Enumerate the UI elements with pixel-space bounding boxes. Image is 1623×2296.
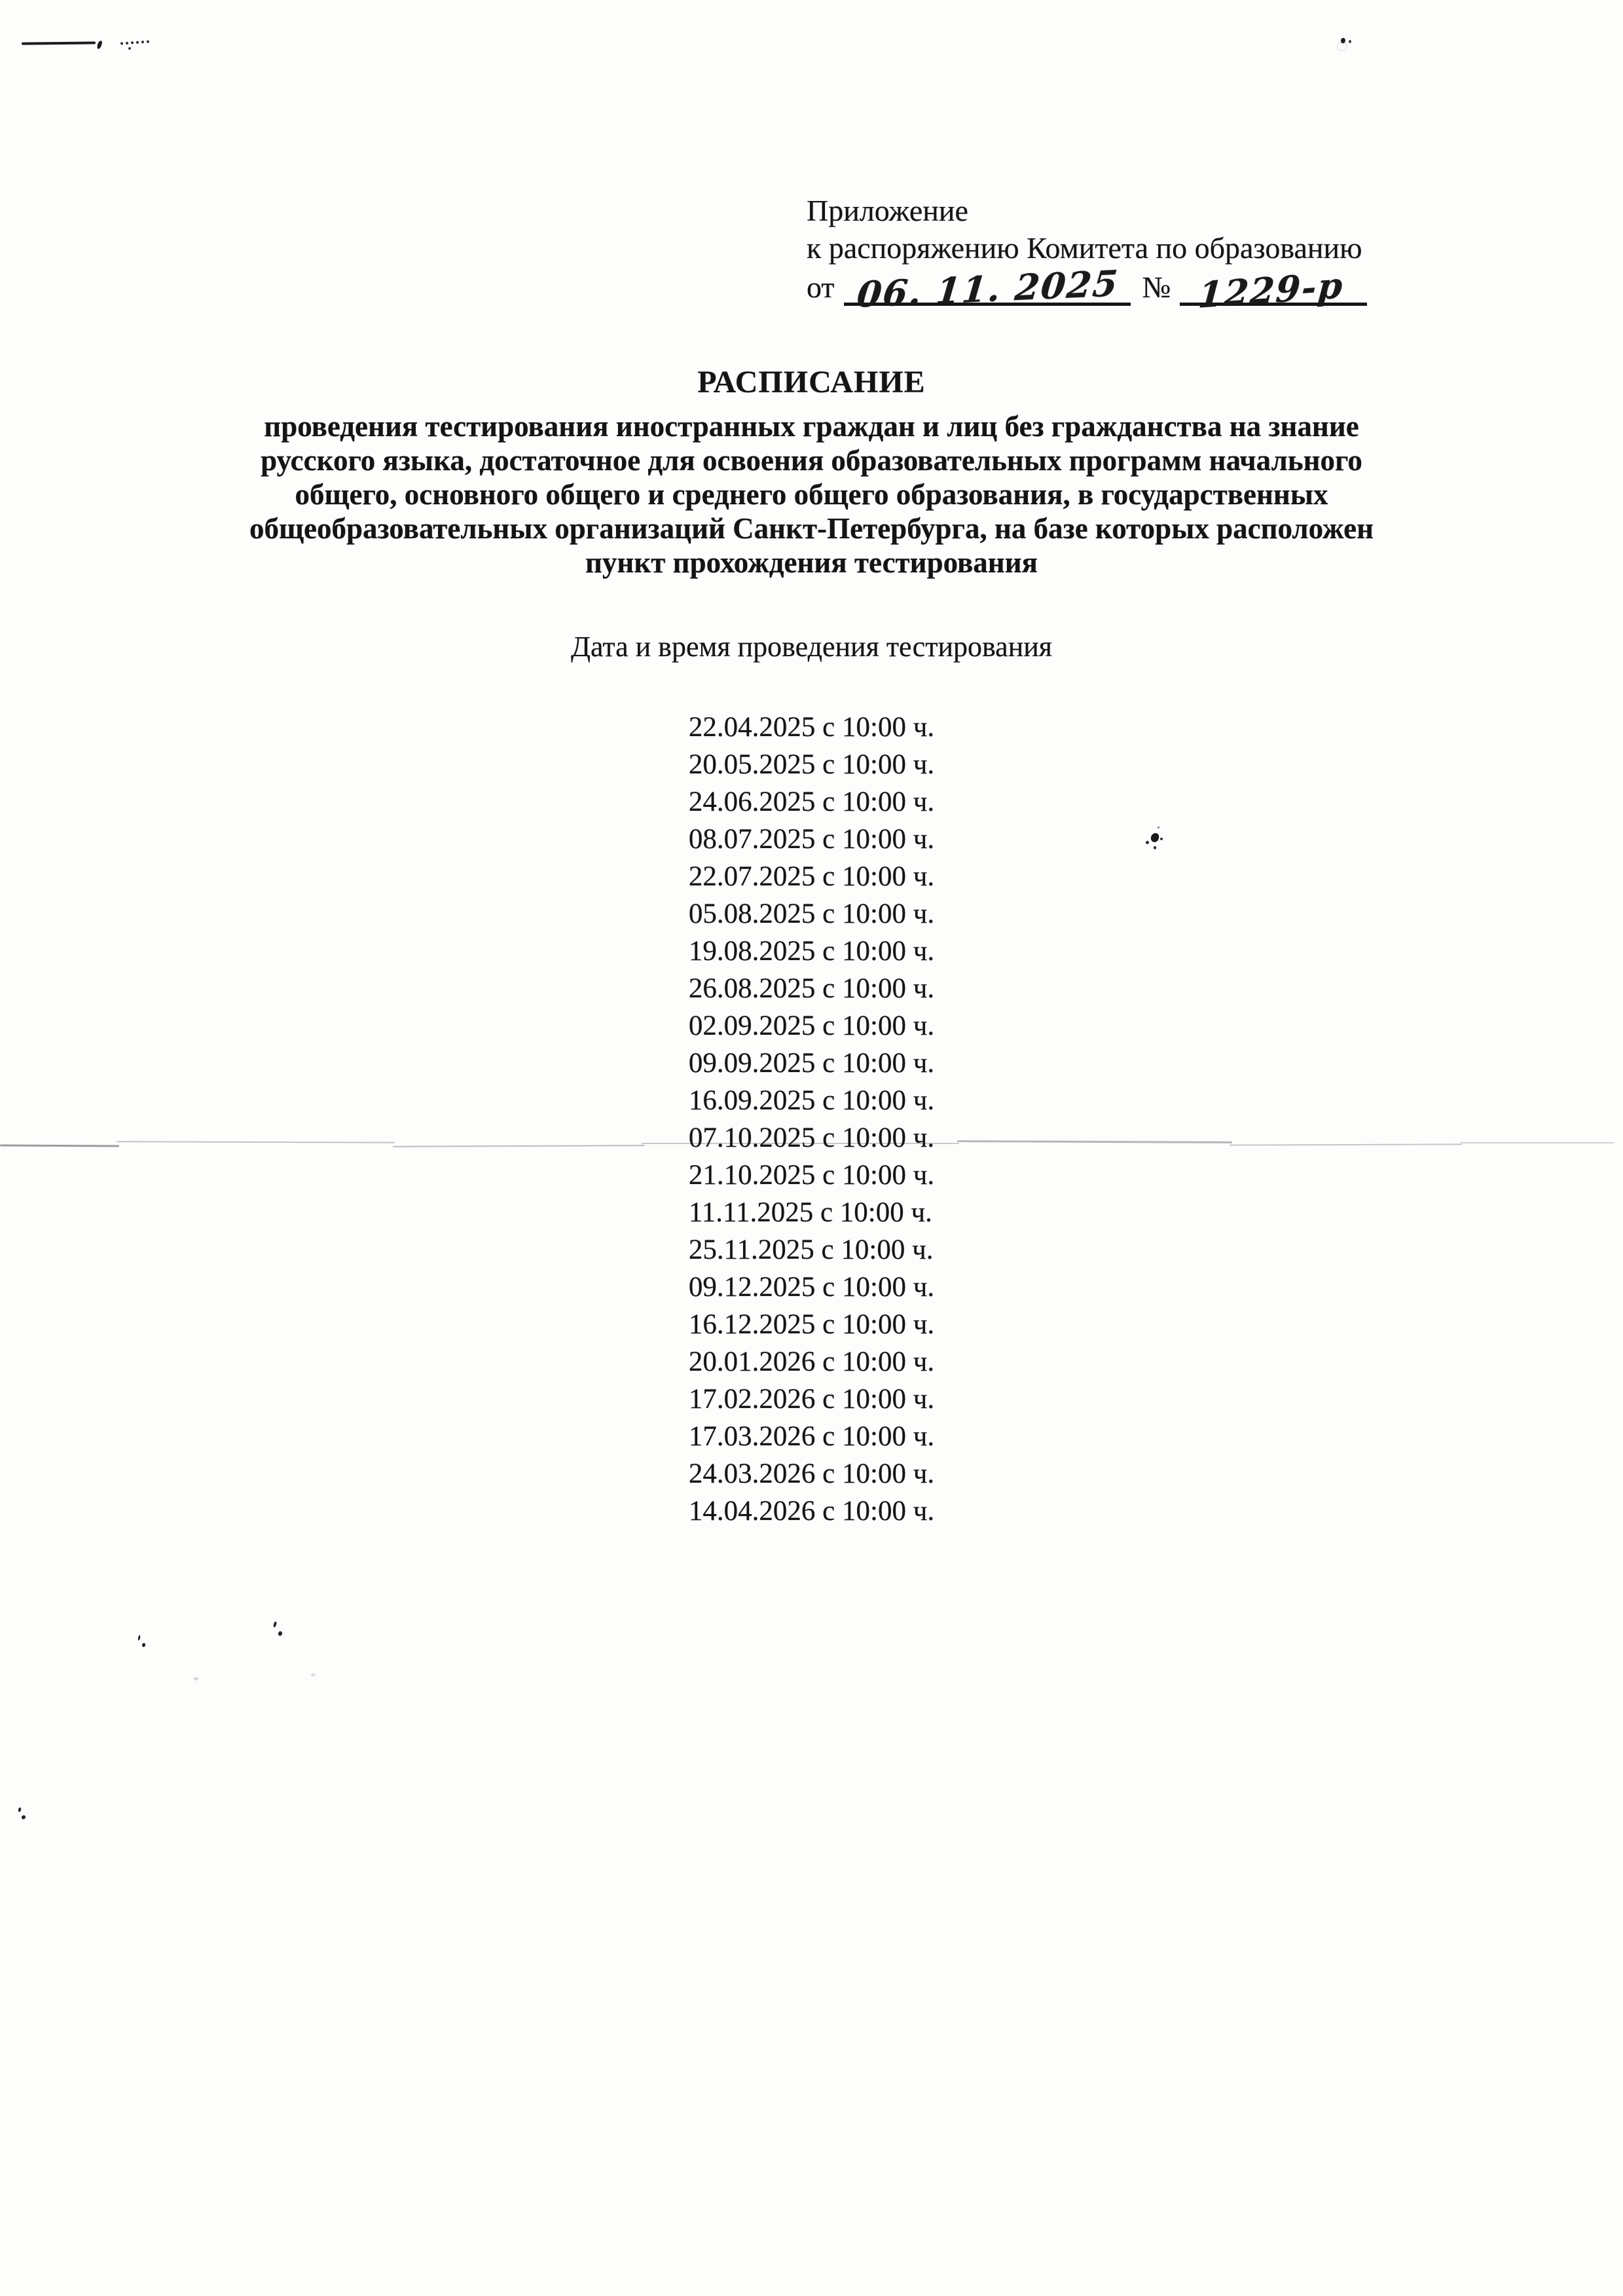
scan-artifact-top-left-dot (128, 47, 131, 50)
schedule-list: 22.04.2025 с 10:00 ч. 20.05.2025 с 10:00… (689, 709, 934, 1530)
ink-speck (142, 1643, 145, 1647)
schedule-entry: 21.10.2025 с 10:00 ч. (689, 1157, 934, 1194)
document-title: РАСПИСАНИЕ (0, 364, 1623, 400)
schedule-entry: 19.08.2025 с 10:00 ч. (689, 933, 934, 970)
appendix-label: Приложение (807, 192, 1396, 229)
schedule-entry: 25.11.2025 с 10:00 ч. (689, 1231, 934, 1268)
ink-speck (273, 1621, 277, 1628)
schedule-entry: 08.07.2025 с 10:00 ч. (689, 821, 934, 858)
order-date-number-row: от06. 11. 2025№1229-р (807, 268, 1396, 306)
subtitle-line: проведения тестирования иностранных граж… (0, 409, 1623, 443)
document-header: Приложение к распоряжению Комитета по об… (807, 192, 1396, 306)
schedule-entry: 14.04.2026 с 10:00 ч. (689, 1492, 934, 1530)
title-block: РАСПИСАНИЕ проведения тестирования иност… (0, 364, 1623, 580)
subtitle-line: пункт прохождения тестирования (0, 546, 1623, 580)
schedule-entry: 16.09.2025 с 10:00 ч. (689, 1082, 934, 1119)
scan-artifact-top-left-line (22, 41, 96, 45)
subtitle-line: русского языка, достаточное для освоения… (0, 443, 1623, 477)
scan-artifact-top-left-comma (96, 40, 103, 49)
scanned-document-page: Приложение к распоряжению Комитета по об… (0, 0, 1623, 2296)
schedule-entry: 22.04.2025 с 10:00 ч. (689, 709, 934, 746)
subtitle-line: общеобразовательных организаций Санкт-Пе… (0, 511, 1623, 546)
schedule-entry: 02.09.2025 с 10:00 ч. (689, 1007, 934, 1045)
schedule-entry: 05.08.2025 с 10:00 ч. (689, 895, 934, 933)
schedule-entry: 20.05.2025 с 10:00 ч. (689, 746, 934, 783)
schedule-entry: 26.08.2025 с 10:00 ч. (689, 970, 934, 1007)
schedule-entry: 17.03.2026 с 10:00 ч. (689, 1418, 934, 1455)
number-field-underline: 1229-р (1180, 268, 1367, 306)
schedule-entry: 09.09.2025 с 10:00 ч. (689, 1045, 934, 1082)
ink-speck (22, 1815, 26, 1819)
ink-speck (278, 1631, 282, 1636)
schedule-entry: 24.06.2025 с 10:00 ч. (689, 783, 934, 821)
date-label: от (807, 268, 835, 306)
schedule-entry: 16.12.2025 с 10:00 ч. (689, 1306, 934, 1343)
schedule-entry: 22.07.2025 с 10:00 ч. (689, 858, 934, 895)
schedule-entry: 09.12.2025 с 10:00 ч. (689, 1268, 934, 1306)
scan-artifact-top-left-scribble (120, 40, 149, 45)
schedule-entry: 07.10.2025 с 10:00 ч. (689, 1119, 934, 1157)
number-label: № (1142, 268, 1171, 306)
schedule-entry: 24.03.2026 с 10:00 ч. (689, 1455, 934, 1492)
ink-speck (137, 1635, 140, 1640)
schedule-section: 22.04.2025 с 10:00 ч. 20.05.2025 с 10:00… (0, 709, 1623, 1530)
handwritten-date: 06. 11. 2025 (855, 265, 1120, 314)
document-subtitle: проведения тестирования иностранных граж… (0, 409, 1623, 580)
schedule-entry: 11.11.2025 с 10:00 ч. (689, 1194, 934, 1231)
section-label: Дата и время проведения тестирования (0, 630, 1623, 663)
handwritten-number: 1229-р (1197, 267, 1345, 314)
subtitle-line: общего, основного общего и среднего обще… (0, 477, 1623, 511)
schedule-entry: 20.01.2026 с 10:00 ч. (689, 1343, 934, 1380)
order-reference: к распоряжению Комитета по образованию (807, 229, 1396, 267)
schedule-entry: 17.02.2026 с 10:00 ч. (689, 1380, 934, 1418)
scan-artifact-top-right-dot (1349, 40, 1351, 43)
ink-speck (18, 1807, 21, 1813)
faint-smudge (311, 1673, 316, 1676)
faint-smudge (194, 1677, 198, 1680)
date-field-underline: 06. 11. 2025 (844, 268, 1131, 306)
